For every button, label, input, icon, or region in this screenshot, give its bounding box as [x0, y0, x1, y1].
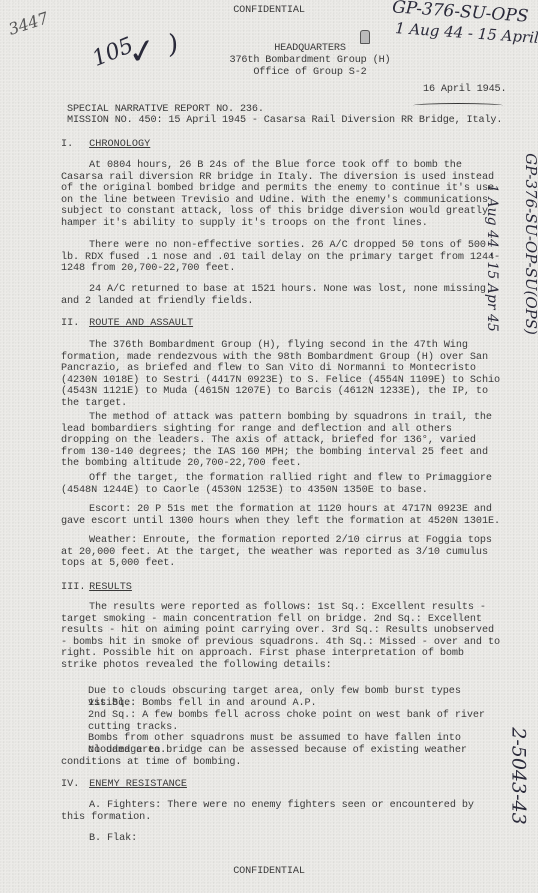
results-detail: 1st Sq.: Bombs fell in and around A.P.: [88, 698, 503, 710]
fighters-item: A. Fighters: There were no enemy fighter…: [61, 800, 501, 823]
section-number: III.: [61, 582, 83, 593]
paragraph: At 0804 hours, 26 B 24s of the Blue forc…: [61, 160, 501, 230]
bracket-mark: ): [168, 30, 178, 60]
results-detail: 2nd Sq.: A few bombs fell across choke p…: [88, 710, 503, 733]
section-title: ROUTE AND ASSAULT: [89, 318, 193, 329]
paragraph: The results were reported as follows: 1s…: [61, 602, 501, 672]
header-line-2: 376th Bombardment Group (H): [190, 55, 430, 67]
section-number: IV.: [61, 779, 83, 790]
checkmark-icon: ✓: [125, 30, 160, 74]
document-date: 16 April 1945.: [423, 84, 507, 96]
date-underline-stroke: [413, 103, 503, 108]
paragraph: There were no non-effective sorties. 26 …: [61, 240, 501, 275]
section-title: ENEMY RESISTANCE: [89, 779, 187, 790]
header-line-1: HEADQUARTERS: [190, 43, 430, 55]
handwritten-margin-file-code: GP-376-SU-OP-SU(OPS): [522, 153, 538, 335]
paragraph: The 376th Bombardment Group (H), flying …: [61, 340, 501, 410]
section-title: RESULTS: [89, 582, 132, 593]
handwritten-reference-number: 2-5043-43: [508, 727, 530, 824]
flak-label: B. Flak:: [89, 833, 137, 844]
section-heading-results: III. RESULTS: [61, 582, 132, 593]
classification-top: CONFIDENTIAL: [0, 5, 538, 17]
handwritten-margin-date: 1 Aug 44 - 15 Apr 45: [484, 184, 500, 332]
fighters-label: A. Fighters:: [89, 800, 161, 811]
section-heading-route-and-assault: II. ROUTE AND ASSAULT: [61, 318, 193, 329]
section-number: I.: [61, 139, 83, 150]
report-title: SPECIAL NARRATIVE REPORT NO. 236.: [67, 104, 264, 116]
mission-line: MISSION NO. 450: 15 April 1945 - Casarsa…: [67, 115, 502, 127]
paragraph: The method of attack was pattern bombing…: [61, 412, 501, 470]
paragraph: 24 A/C returned to base at 1521 hours. N…: [61, 284, 501, 307]
section-heading-enemy-resistance: IV. ENEMY RESISTANCE: [61, 779, 187, 790]
flak-item: B. Flak:: [61, 833, 501, 845]
section-title: CHRONOLOGY: [89, 139, 150, 150]
paragraph-escort: Escort: 20 P 51s met the formation at 11…: [61, 504, 501, 527]
section-heading-chronology: I. CHRONOLOGY: [61, 139, 150, 150]
classification-bottom: CONFIDENTIAL: [0, 866, 538, 878]
paragraph-weather: Weather: Enroute, the formation reported…: [61, 535, 501, 570]
paragraph: Off the target, the formation rallied ri…: [61, 473, 501, 496]
scanned-document-page: 3447 105 ✓ ) GP-376-SU-OPS 1 Aug 44 - 15…: [0, 0, 538, 893]
results-detail: No damage to bridge can be assessed beca…: [61, 745, 503, 768]
stamp-icon: [360, 30, 370, 44]
header-line-3: Office of Group S-2: [190, 67, 430, 79]
section-number: II.: [61, 318, 83, 329]
